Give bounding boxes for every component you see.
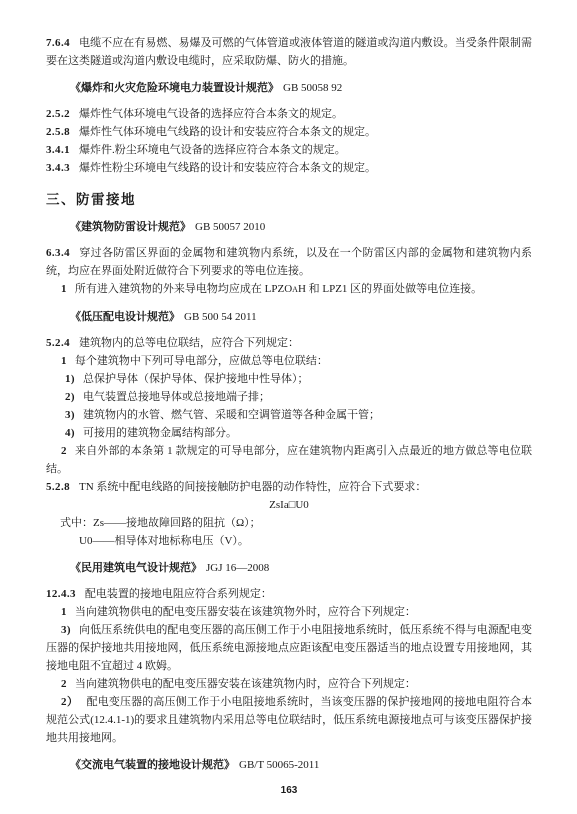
clause-text-part: H 和 LPZ1 区的界面处做等电位连接。 [298, 283, 482, 295]
clause-number: 5.2.8 [46, 481, 70, 493]
clause-paragraph: 3.4.1爆炸件.粉尘环境电气设备的选择应符合本条文的规定。 [46, 141, 532, 159]
clause-number: 2 [61, 445, 67, 457]
clause-text: 电缆不应在有易燃、易爆及可燃的气体管道或液体管道的隧道或沟道内敷设。当受条件限制… [46, 37, 532, 67]
clause-text: 可接用的建筑物金属结构部分。 [83, 427, 237, 439]
clause-text: 总保护导体（保护导体、保护接地中性导体）； [83, 373, 309, 385]
clause-number: 3) [65, 409, 75, 421]
standard-code: GB 50057 2010 [195, 221, 265, 233]
clause-text: 电气装置总接地导体或总接地端子排； [83, 391, 270, 403]
clause-number: 2.5.2 [46, 108, 70, 120]
standard-code: JGJ 16—2008 [206, 562, 269, 574]
sub-list-item: 1)总保护导体（保护导体、保护接地中性导体）； [46, 370, 532, 388]
clause-paragraph: 2.5.8爆炸性气体环境电气线路的设计和安装应符合本条文的规定。 [46, 123, 532, 141]
standard-title: 《爆炸和火灾危险环境电力装置设计规范》 [70, 82, 279, 94]
clause-number: 3) [61, 624, 71, 636]
clause-number: 1 [61, 606, 67, 618]
list-item: 1所有进入建筑物的外来导电物均应成在 LPZOAH 和 LPZ1 区的界面处做等… [46, 280, 532, 299]
clause-text: 穿过各防雷区界面的金属物和建筑物内系统，以及在一个防雷区内部的金属物和建筑物内系… [46, 247, 532, 277]
standard-code: GB 50058 92 [283, 82, 342, 94]
standard-code: GB/T 50065-2011 [239, 759, 319, 771]
page-number: 163 [46, 782, 532, 800]
clause-number: 1 [61, 355, 67, 367]
sub-list-item: 3)建筑物内的水管、燃气管、采暖和空调管道等各种金属干管； [46, 406, 532, 424]
where-prefix: 式中： [60, 517, 93, 529]
clause-text: 建筑物内的水管、燃气管、采暖和空调管道等各种金属干管； [83, 409, 380, 421]
document-body: 7.6.4电缆不应在有易燃、易爆及可燃的气体管道或液体管道的隧道或沟道内敷设。当… [46, 34, 532, 774]
standard-title: 《建筑物防雷设计规范》 [70, 221, 191, 233]
standard-reference: 《低压配电设计规范》GB 500 54 2011 [46, 308, 532, 326]
clause-number: 6.3.4 [46, 247, 70, 259]
clause-number: 5.2.4 [46, 337, 70, 349]
list-item: 1当向建筑物供电的配电变压器安装在该建筑物外时，应符合下列规定： [46, 603, 532, 621]
standard-title: 《低压配电设计规范》 [70, 311, 180, 323]
clause-text: 来自外部的本条第 1 款规定的可导电部分，应在建筑物内距离引入点最近的地方做总等… [46, 445, 532, 475]
list-item: 2）配电变压器的高压侧工作于小电阻接地系统时，当该变压器的保护接地网的接地电阻符… [46, 693, 532, 747]
list-item: 3)向低压系统供电的配电变压器的高压侧工作于小电阻接地系统时，低压系统不得与电源… [46, 621, 532, 675]
clause-number: 1 [61, 283, 67, 295]
clause-number: 7.6.4 [46, 37, 70, 49]
clause-text: 建筑物内的总等电位联结，应符合下列规定： [79, 337, 299, 349]
formula-legend-line: 式中：Zs——接地故障回路的阻抗（Ω）； [46, 514, 532, 532]
clause-number: 2) [65, 391, 75, 403]
clause-text: 爆炸性粉尘环境电气线路的设计和安装应符合本条文的规定。 [79, 162, 376, 174]
clause-paragraph: 5.2.8TN 系统中配电线路的间接接触防护电器的动作特性，应符合下式要求： [46, 478, 532, 496]
clause-text: 每个建筑物中下列可导电部分，应做总等电位联结： [75, 355, 328, 367]
formula-legend-line: U0——相导体对地标称电压（V）。 [46, 532, 532, 550]
clause-number: 3.4.3 [46, 162, 70, 174]
where-text: Zs——接地故障回路的阻抗（Ω）； [93, 517, 261, 529]
clause-number: 2） [61, 696, 79, 708]
clause-text: 当向建筑物供电的配电变压器安装在该建筑物内时，应符合下列规定： [75, 678, 416, 690]
clause-paragraph: 12.4.3配电装置的接地电阻应符合系列规定： [46, 585, 532, 603]
standard-code: GB 500 54 2011 [184, 311, 257, 323]
clause-paragraph: 5.2.4建筑物内的总等电位联结，应符合下列规定： [46, 334, 532, 352]
standard-reference: 《交流电气装置的接地设计规范》GB/T 50065-2011 [46, 756, 532, 774]
clause-number: 2 [61, 678, 67, 690]
clause-text: 配电装置的接地电阻应符合系列规定： [85, 588, 272, 600]
list-item: 2来自外部的本条第 1 款规定的可导电部分，应在建筑物内距离引入点最近的地方做总… [46, 442, 532, 478]
clause-number: 12.4.3 [46, 588, 76, 600]
standard-reference: 《建筑物防雷设计规范》GB 50057 2010 [46, 218, 532, 236]
standard-reference: 《爆炸和火灾危险环境电力装置设计规范》GB 50058 92 [46, 79, 532, 97]
clause-paragraph: 6.3.4穿过各防雷区界面的金属物和建筑物内系统，以及在一个防雷区内部的金属物和… [46, 244, 532, 280]
clause-paragraph: 7.6.4电缆不应在有易燃、易爆及可燃的气体管道或液体管道的隧道或沟道内敷设。当… [46, 34, 532, 70]
clause-text: TN 系统中配电线路的间接接触防护电器的动作特性，应符合下式要求： [79, 481, 426, 493]
sub-list-item: 4)可接用的建筑物金属结构部分。 [46, 424, 532, 442]
clause-number: 4) [65, 427, 75, 439]
clause-paragraph: 2.5.2爆炸性气体环境电气设备的选择应符合本条文的规定。 [46, 105, 532, 123]
standard-reference: 《民用建筑电气设计规范》JGJ 16—2008 [46, 559, 532, 577]
standard-title: 《交流电气装置的接地设计规范》 [70, 759, 235, 771]
document-page: 7.6.4电缆不应在有易燃、易爆及可燃的气体管道或液体管道的隧道或沟道内敷设。当… [0, 0, 577, 814]
clause-text: 爆炸性气体环境电气设备的选择应符合本条文的规定。 [79, 108, 343, 120]
clause-text-part: 所有进入建筑物的外来导电物均应成在 LPZO [75, 283, 292, 295]
formula: ZsIa□U0 [46, 496, 532, 514]
standard-title: 《民用建筑电气设计规范》 [70, 562, 202, 574]
list-item: 2当向建筑物供电的配电变压器安装在该建筑物内时，应符合下列规定： [46, 675, 532, 693]
section-heading: 三、防雷接地 [46, 191, 532, 209]
clause-text: 爆炸性气体环境电气线路的设计和安装应符合本条文的规定。 [79, 126, 376, 138]
sub-list-item: 2)电气装置总接地导体或总接地端子排； [46, 388, 532, 406]
clause-paragraph: 3.4.3爆炸性粉尘环境电气线路的设计和安装应符合本条文的规定。 [46, 159, 532, 177]
clause-text: 爆炸件.粉尘环境电气设备的选择应符合本条文的规定。 [79, 144, 346, 156]
clause-number: 2.5.8 [46, 126, 70, 138]
clause-number: 1) [65, 373, 75, 385]
clause-text: 配电变压器的高压侧工作于小电阻接地系统时，当该变压器的保护接地网的接地电阻符合本… [46, 696, 532, 744]
clause-text: 当向建筑物供电的配电变压器安装在该建筑物外时，应符合下列规定： [75, 606, 416, 618]
clause-text: 向低压系统供电的配电变压器的高压侧工作于小电阻接地系统时，低压系统不得与电源配电… [46, 624, 532, 672]
clause-text: 所有进入建筑物的外来导电物均应成在 LPZOAH 和 LPZ1 区的界面处做等电… [75, 283, 482, 295]
clause-number: 3.4.1 [46, 144, 70, 156]
list-item: 1每个建筑物中下列可导电部分，应做总等电位联结： [46, 352, 532, 370]
